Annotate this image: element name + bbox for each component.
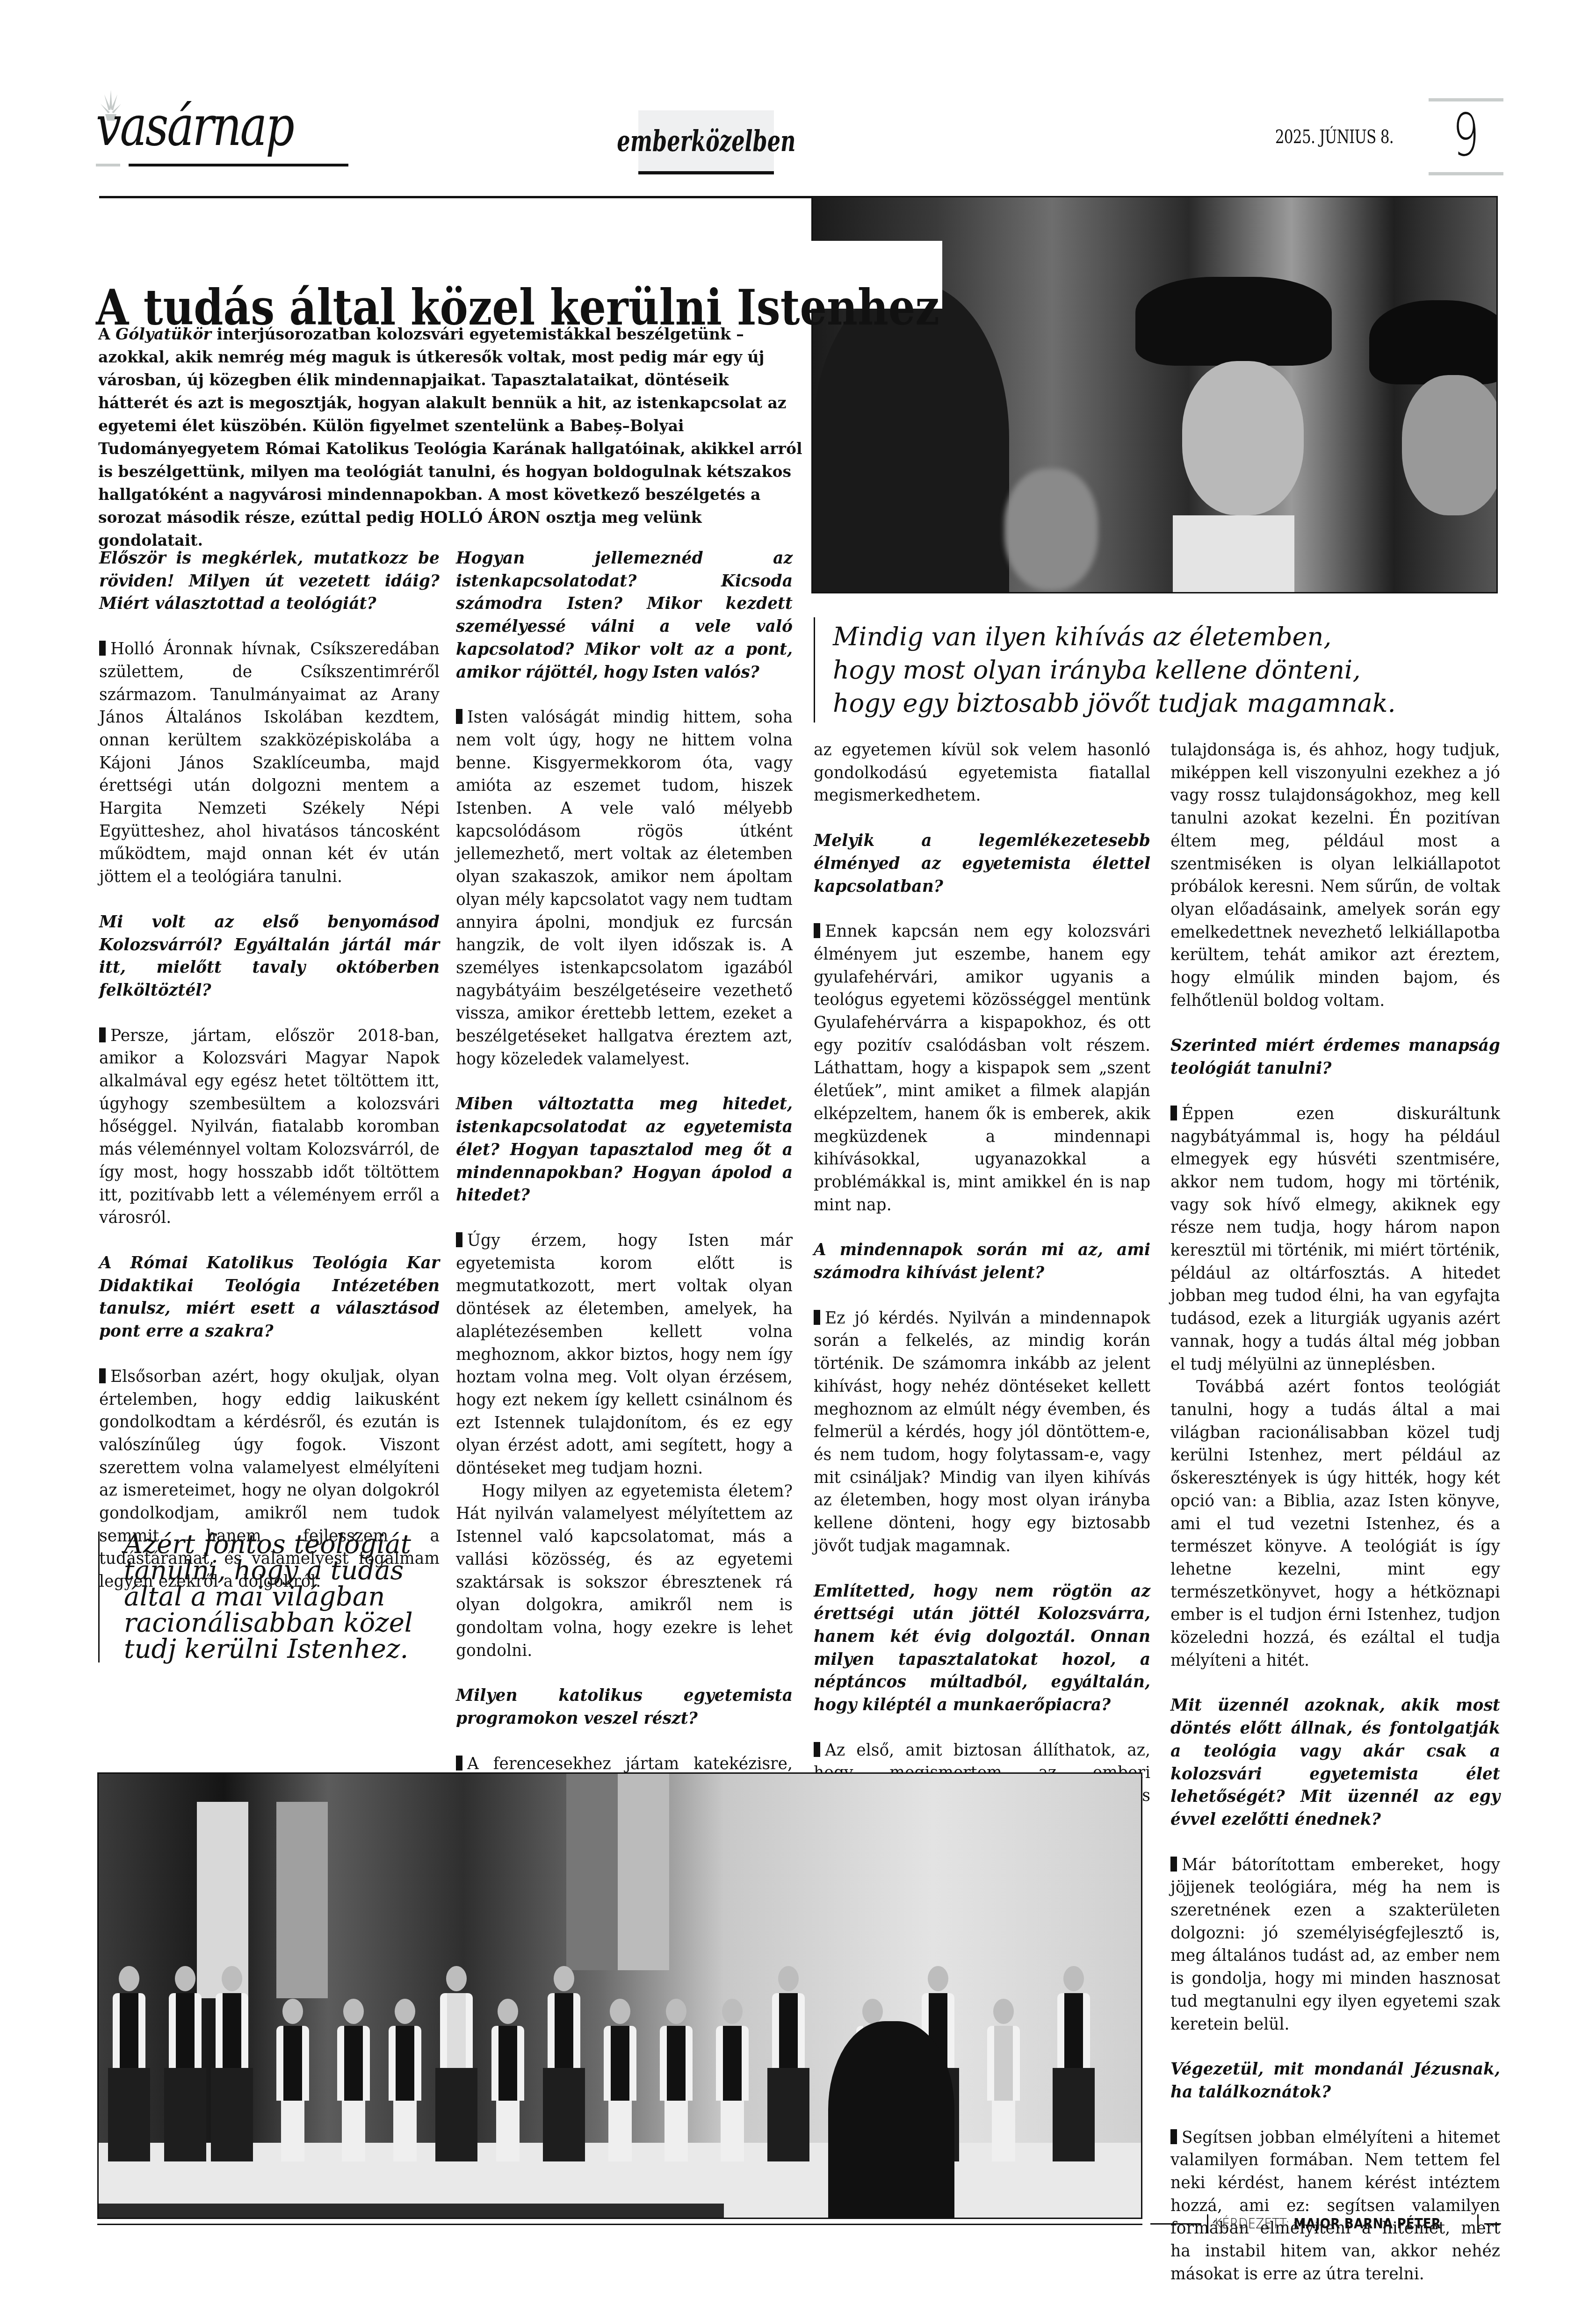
interview-question: Milyen katolikus egyetemista programokon… [456,1684,793,1730]
byline-label: KÉRDEZETT: [1214,2216,1293,2232]
photo-folk-dance-ensemble [97,1772,1142,2219]
interview-answer: Segítsen jobban elmélyíteni a hitemet va… [1170,2126,1500,2286]
answer-marker-icon [99,1027,106,1042]
pullquote-line: hogy most olyan irányba kellene dönteni, [833,653,1516,687]
interview-question: A Római Katolikus Teológia Kar Didaktika… [99,1252,440,1343]
answer-marker-icon [1170,2129,1177,2144]
interview-question: Mi volt az első benyomásod Kolozsvárról?… [99,911,440,1002]
lead-prefix: A [98,325,116,343]
byline-text: KÉRDEZETT: MAJOR BARNA PÉTER [1214,2216,1441,2232]
byline-divider [1477,2214,1479,2233]
interview-question: A mindennapok során mi az, ami számodra … [814,1239,1150,1284]
answer-marker-icon [456,1756,462,1771]
photo-rule [97,2224,1142,2225]
pullquote-left: Azért fontos teológiát tanulni, hogy a t… [98,1532,451,1662]
logo-text: vasárnap [96,98,293,153]
interview-question: Említetted, hogy nem rögtön az érettségi… [814,1580,1150,1717]
byline-author: MAJOR BARNA PÉTER [1293,2216,1441,2232]
pullquote-line: racionálisabban közel [124,1610,451,1636]
answer-continuation: az egyetemen kívül sok velem hasonló gon… [814,739,1150,807]
pullquote-line: Azért fontos teológiát [124,1532,451,1558]
byline-rule-right [1484,2223,1501,2225]
interview-question: Először is megkérlek, mutatkozz be rövid… [99,547,440,615]
interview-answer: Már bátorítottam embereket, hogy jöjjene… [1170,1854,1500,2036]
masthead-logo: vasárnap [96,94,348,164]
column-4: tulajdonsága is, és ahhoz, hogy tudjuk, … [1170,739,1500,2308]
answer-marker-icon [1170,1106,1177,1120]
interview-question: Miben változtatta meg hitedet, istenkapc… [456,1093,793,1207]
lead-text: interjúsorozatban kolozsvári egyetemistá… [98,325,802,549]
answer-marker-icon [99,641,106,656]
issue-date: 2025. JÚNIUS 8. [1270,126,1394,148]
interview-question: Hogyan jellemeznéd az istenkapcsolatodat… [456,547,793,684]
article-lead: A Gólyatükör interjúsorozatban kolozsvár… [98,323,804,552]
pullquote-line: tudj kerülni Istenhez. [124,1636,451,1662]
answer-marker-icon [814,1310,820,1325]
interview-question: Szerinted miért érdemes manapság teológi… [1170,1034,1500,1080]
pullquote-line: Mindig van ilyen kihívás az életemben, [833,620,1516,653]
interview-answer: Ennek kapcsán nem egy kolozsvári élménye… [814,920,1150,1216]
interview-answer: Ez jó kérdés. Nyilván a mindennapok sorá… [814,1307,1150,1558]
answer-marker-icon [1170,1857,1177,1872]
page-number: 9 [1439,107,1493,165]
section-label: emberközelben [617,124,795,158]
interview-answer: Úgy érzem, hogy Isten már egyetemista ko… [456,1229,793,1480]
answer-marker-icon [99,1368,106,1383]
interview-answer: Holló Áronnak hívnak, Csíkszeredában szü… [99,638,440,889]
interview-question: Mit üzennél azoknak, akik most döntés el… [1170,1694,1500,1831]
pullquote-line: által a mai világban [124,1584,451,1610]
answer-marker-icon [456,709,462,724]
pullquote-line: tanulni, hogy a tudás [124,1558,451,1584]
page-number-rule-top [1429,98,1503,101]
byline: KÉRDEZETT: MAJOR BARNA PÉTER [1150,2214,1501,2233]
logo-rule-accent [96,164,120,166]
byline-divider [1207,2214,1208,2233]
section-tag: emberközelben [638,110,774,174]
interview-answer: Éppen ezen diskuráltunk nagybátyámmal is… [1170,1103,1500,1376]
pullquote-line: hogy egy biztosabb jövőt tudjak magamnak… [833,687,1516,720]
answer-paragraph: Továbbá azért fontos teológiát tanulni, … [1170,1376,1500,1672]
headline-box: A tudás által közel kerülni Istenhez [96,241,942,309]
answer-continuation: tulajdonsága is, és ahhoz, hogy tudjuk, … [1170,739,1500,1012]
interview-question: Végezetül, mit mondanál Jézusnak, ha tal… [1170,2058,1500,2103]
page-number-block: 9 [1429,98,1503,175]
column-1: Először is megkérlek, mutatkozz be rövid… [99,547,440,1616]
page-number-rule-bottom [1429,172,1503,175]
interview-question: Melyik a legemlékezetesebb élményed az e… [814,830,1150,898]
logo-rule [129,164,348,166]
answer-paragraph: Hogy milyen az egyetemista életem? Hát n… [456,1480,793,1662]
interview-answer: Persze, jártam, először 2018-ban, amikor… [99,1025,440,1229]
column-2: Hogyan jellemeznéd az istenkapcsolatodat… [456,547,793,1912]
series-name: Gólyatükör [116,325,211,343]
answer-marker-icon [814,1742,820,1757]
pullquote-right: Mindig van ilyen kihívás az életemben, h… [814,617,1516,723]
byline-rule-left [1150,2223,1201,2225]
answer-marker-icon [814,923,820,938]
answer-marker-icon [456,1232,462,1247]
header-rule [99,196,815,198]
column-3: az egyetemen kívül sok velem hasonló gon… [814,739,1150,1853]
interview-answer: Isten valóságát mindig hittem, soha nem … [456,706,793,1070]
